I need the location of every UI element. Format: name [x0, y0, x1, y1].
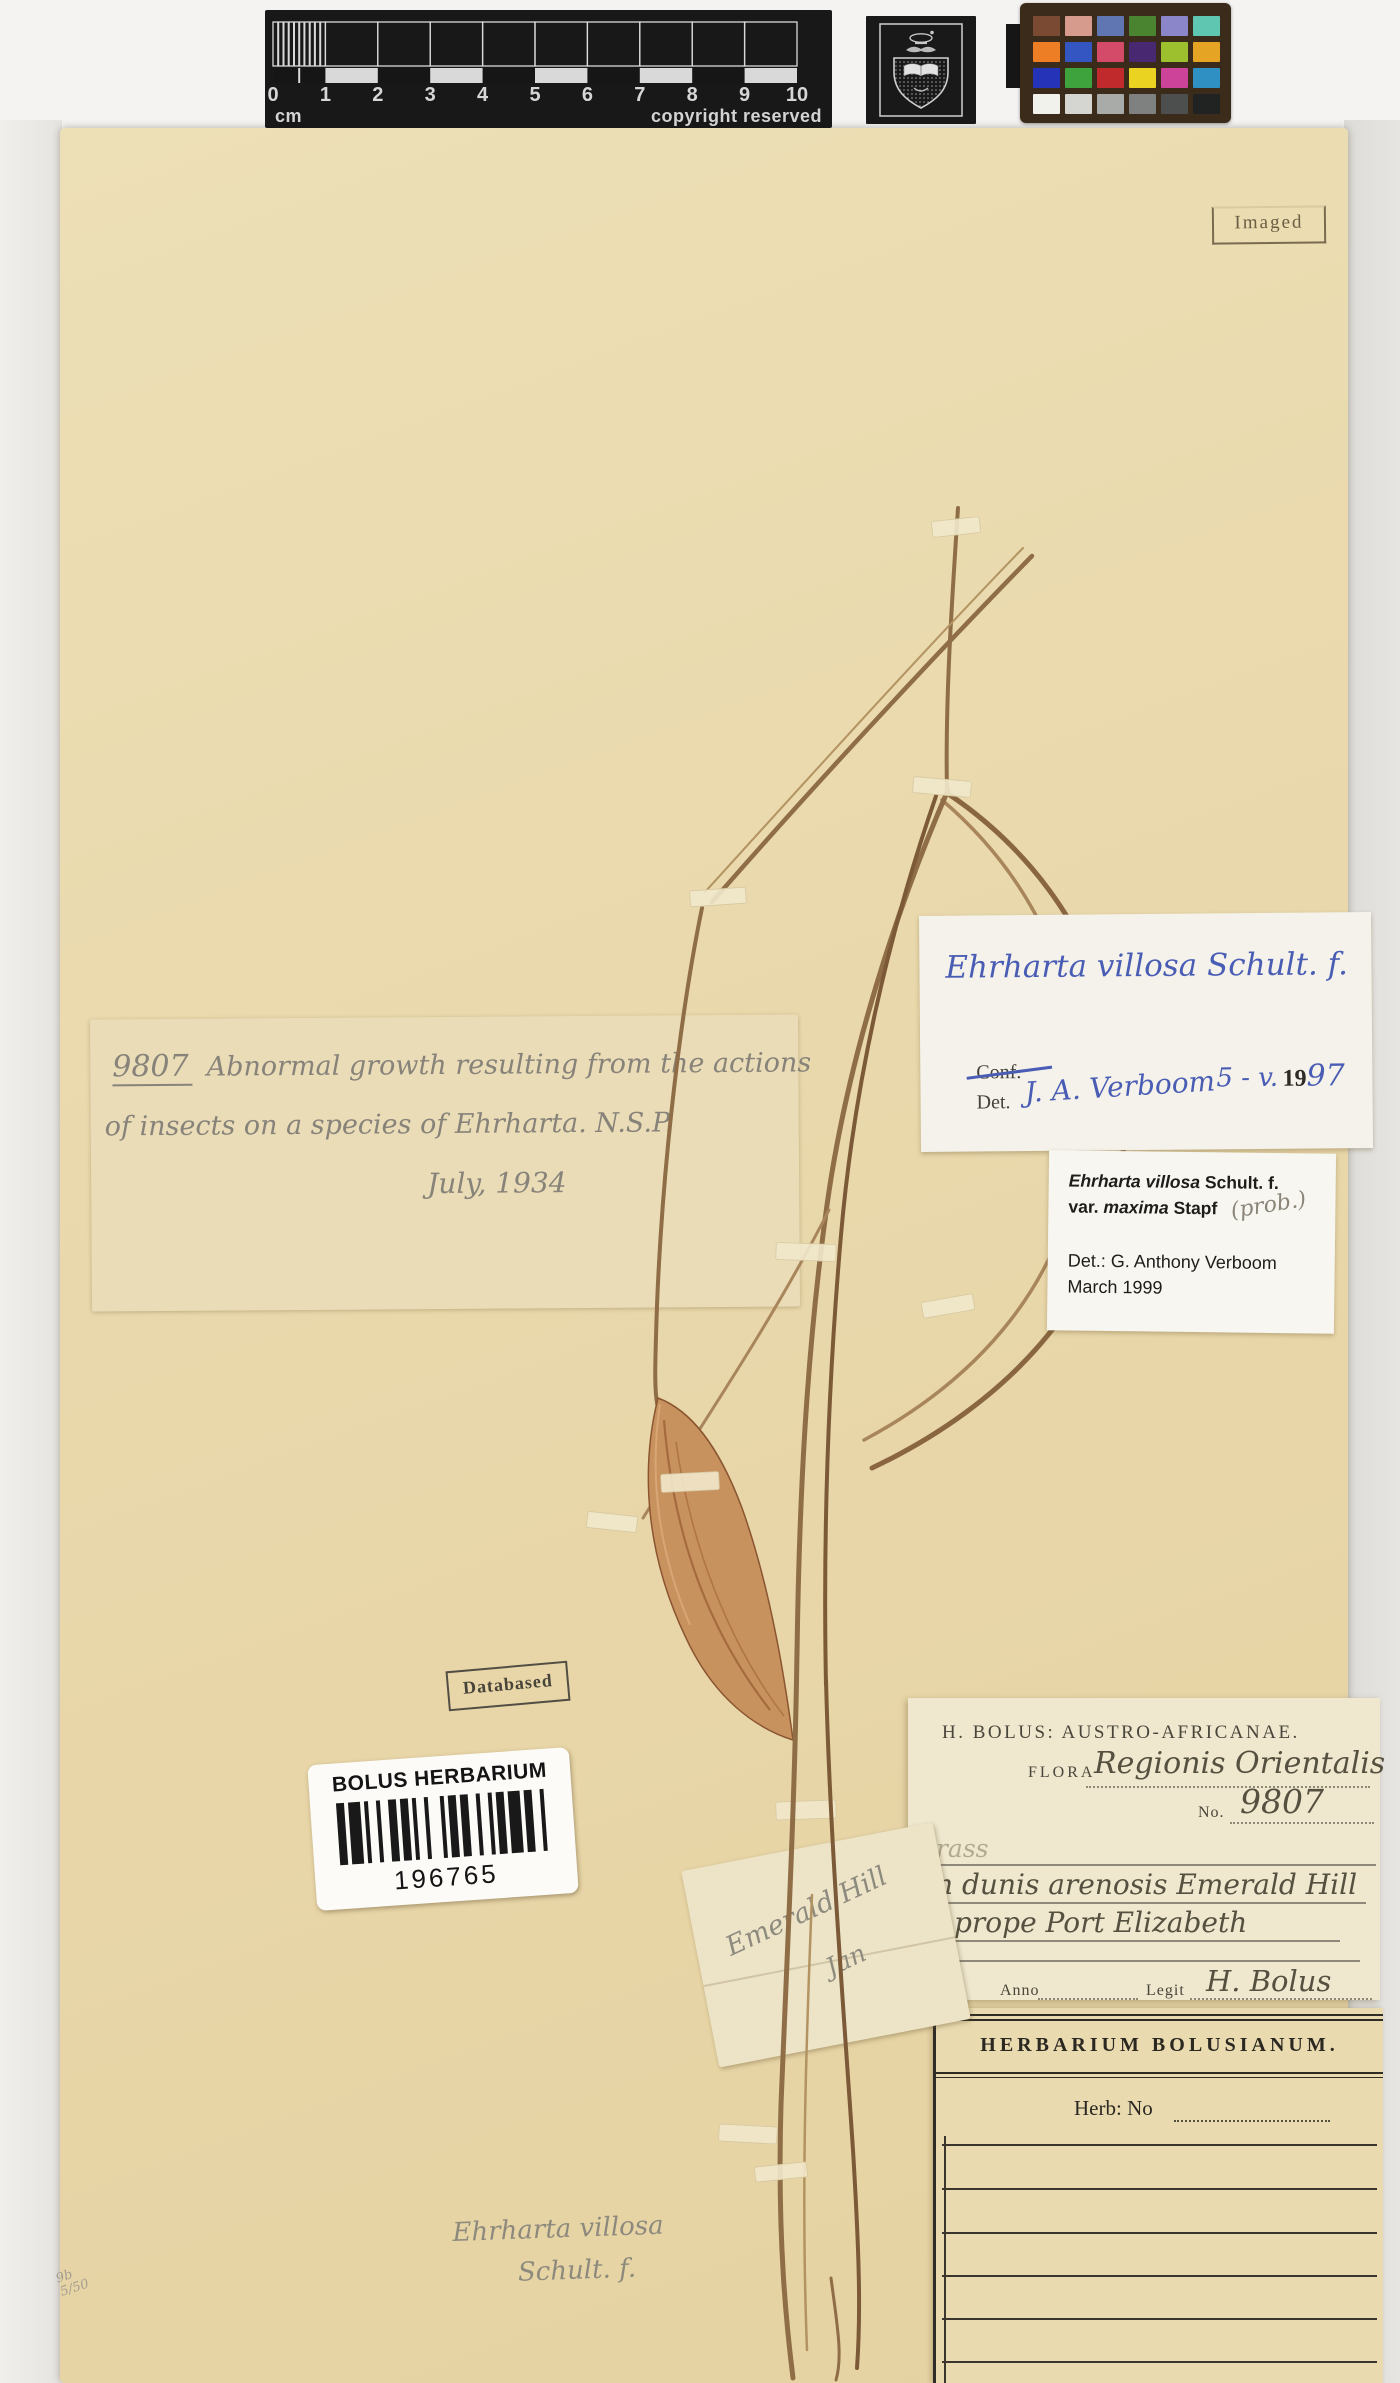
locality-line2: prope Port Elizabeth: [954, 1906, 1247, 1939]
det-date: 5 - v. 1997: [1216, 1058, 1345, 1094]
rule-line: [918, 1902, 1366, 1904]
color-patch: [1065, 94, 1092, 114]
color-patch: [1161, 16, 1188, 36]
barcode-label: BOLUS HERBARIUM 196765: [307, 1747, 579, 1911]
rule-line: [942, 2361, 1377, 2363]
rule-line: [942, 2275, 1377, 2277]
det-label-1999: Ehrharta villosa Schult. f. var. maxima …: [1047, 1150, 1336, 1333]
color-patch: [1033, 68, 1060, 88]
ruler-number: 3: [425, 84, 436, 107]
pencil-note-line1: 9807Abnormal growth resulting from the a…: [112, 1044, 811, 1084]
ruler-number: 1: [320, 84, 331, 107]
ruler-number: 10: [786, 84, 808, 107]
color-patch: [1097, 16, 1124, 36]
dotted-line: [1230, 1822, 1374, 1824]
rule-line: [928, 1960, 1360, 1962]
rule-line: [912, 1864, 1376, 1866]
ruler-number: 5: [529, 84, 540, 107]
anno-label: Anno: [1000, 1982, 1040, 2000]
rule-line: [936, 2014, 1383, 2016]
flora-label: H. BOLUS: AUSTRO-AFRICANAE. FLORA Region…: [908, 1698, 1380, 2000]
rule-line: [936, 2077, 1383, 2078]
color-patch: [1129, 16, 1156, 36]
field-slip-line2: Jan: [821, 1938, 870, 1982]
crest-icon: [866, 16, 976, 124]
color-patch: [1193, 42, 1220, 62]
color-patch: [1161, 94, 1188, 114]
bolusianum-title: HERBARIUM BOLUSIANUM.: [936, 2034, 1383, 2057]
dotted-line: [1038, 1998, 1138, 2000]
ruler-number: 9: [739, 84, 750, 107]
ruler-numbers: 012345678910: [273, 84, 797, 104]
rule-line: [938, 1940, 1340, 1942]
color-patch: [1097, 42, 1124, 62]
dotted-line: [1190, 1998, 1372, 2000]
herbarium-specimen-photo: 012345678910 cm copyright reserved: [0, 0, 1400, 2383]
pencil-note-label: 9807Abnormal growth resulting from the a…: [90, 1015, 800, 1312]
pencil-note-date: July, 1934: [427, 1166, 567, 1200]
dotted-line: [1174, 2120, 1330, 2122]
rule-line: [936, 2019, 1383, 2021]
flora-region: Regionis Orientalis: [1094, 1746, 1385, 1781]
variety-line: var. maxima Stapf: [1068, 1196, 1217, 1219]
chart-tab: [1006, 24, 1020, 88]
color-patch: [1065, 42, 1092, 62]
locality-line1: In dunis arenosis Emerald Hill: [924, 1868, 1357, 1901]
rule-line: [942, 2188, 1377, 2190]
copyright-text: copyright reserved: [651, 106, 822, 127]
ruler-number: 0: [267, 84, 278, 107]
dotted-line: [1086, 1786, 1370, 1788]
color-patch: [1065, 16, 1092, 36]
flora-header: H. BOLUS: AUSTRO-AFRICANAE.: [942, 1722, 1300, 1744]
color-patch: [1129, 68, 1156, 88]
color-patch: [1097, 94, 1124, 114]
color-patch: [1065, 68, 1092, 88]
ruler-number: 4: [477, 84, 488, 107]
determiner-signature: J. A. Verboom: [1024, 1064, 1216, 1109]
specimen-number: 9807: [1240, 1782, 1324, 1821]
color-patch: [1097, 68, 1124, 88]
collection-number: 9807: [112, 1049, 193, 1087]
color-patch: [1193, 16, 1220, 36]
color-patch: [1161, 42, 1188, 62]
pencil-note-line2: of insects on a species of Ehrharta. N.S…: [105, 1107, 674, 1142]
species-name-handwritten: Ehrharta villosa Schult. f.: [945, 946, 1348, 986]
barcode: [336, 1789, 548, 1865]
det-slip-1997: Ehrharta villosa Schult. f. Conf. Det. J…: [919, 912, 1373, 1152]
color-patch: [1033, 16, 1060, 36]
herb-no-label: Herb: No: [1074, 2096, 1153, 2121]
bolusianum-label: HERBARIUM BOLUSIANUM. Herb: No: [933, 2008, 1383, 2383]
rule-line: [942, 2144, 1377, 2146]
det-date-1999: March 1999: [1067, 1276, 1162, 1298]
color-patch: [1129, 42, 1156, 62]
ruler-number: 6: [582, 84, 593, 107]
field-slip-line1: Emerald Hill: [721, 1861, 892, 1963]
determiner-line: Det.: G. Anthony Verboom: [1068, 1250, 1277, 1274]
photo-background-left: [0, 120, 62, 2383]
color-patch: [1033, 94, 1060, 114]
rule-line: [942, 2232, 1377, 2234]
rule-line: [942, 2318, 1377, 2320]
det-label: Det.: [977, 1091, 1011, 1114]
color-patch: [1033, 42, 1060, 62]
color-patch: [1161, 68, 1188, 88]
scale-bar: 012345678910 cm copyright reserved: [265, 10, 832, 128]
no-label: No.: [1198, 1804, 1225, 1822]
ruler-number: 2: [372, 84, 383, 107]
inner-border: [944, 2136, 946, 2383]
legit-label: Legit: [1146, 1982, 1185, 2000]
rule-line: [936, 2072, 1383, 2074]
collector-signature: H. Bolus: [1206, 1964, 1331, 1998]
color-chart-grid: [1033, 16, 1220, 114]
color-patch: [1193, 94, 1220, 114]
ruler-number: 8: [687, 84, 698, 107]
color-chart-icon: [1020, 3, 1231, 123]
color-patch: [1129, 94, 1156, 114]
imaged-stamp: Imaged: [1212, 205, 1326, 244]
bottom-note-line2: Schult. f.: [517, 2254, 636, 2288]
ruler-unit-label: cm: [275, 106, 302, 127]
color-patch: [1193, 68, 1220, 88]
ruler-number: 7: [634, 84, 645, 107]
flora-word: FLORA: [1028, 1764, 1095, 1782]
species-line: Ehrharta villosa Schult. f.: [1069, 1170, 1279, 1194]
